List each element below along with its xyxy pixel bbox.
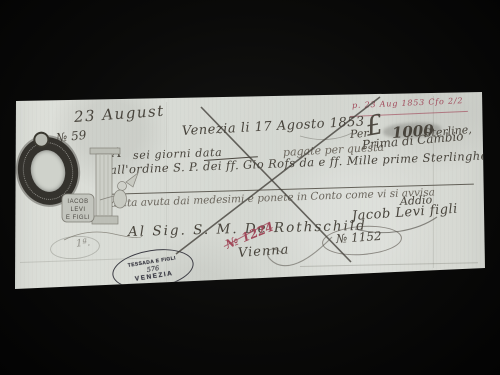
pen-flourish-loop [267, 237, 332, 266]
ink-cancellation-marks [0, 0, 500, 375]
cancellation-stroke-1 [201, 107, 351, 262]
paper-sheet: 23 August № 59 p. 23 Aug 1853 Cfo 2/2 Ve… [0, 0, 500, 375]
cancellation-stroke-2 [176, 97, 380, 254]
signature-flourish [355, 217, 437, 233]
photo-of-bill-of-exchange: 23 August № 59 p. 23 Aug 1853 Cfo 2/2 Ve… [0, 0, 500, 375]
